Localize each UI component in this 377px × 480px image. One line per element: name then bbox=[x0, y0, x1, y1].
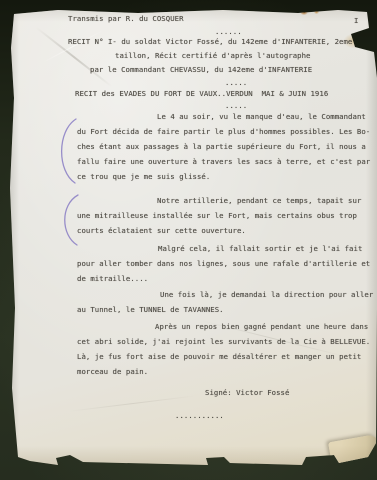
paragraph-line: morceau de pain. bbox=[77, 367, 148, 377]
paragraph-line: de mitraille.... bbox=[77, 274, 148, 284]
photo-background: I Transmis par R. du COSQUER ...... RECI… bbox=[0, 0, 377, 480]
paragraph-line: Là, je fus fort aise de pouvoir me désal… bbox=[77, 352, 361, 362]
paragraph-line: courts éclataient sur cette ouverture. bbox=[77, 226, 246, 236]
title-line-3: par le Commandant CHEVASSU, du 142eme d'… bbox=[90, 65, 312, 75]
separator-dots: ..... bbox=[225, 101, 247, 111]
margin-bracket-annotation-1 bbox=[62, 119, 76, 183]
paragraph-line: ce trou que je me suis glissé. bbox=[77, 172, 210, 182]
rust-stain bbox=[300, 9, 308, 15]
paragraph-line: Malgré cela, il fallait sortir et je l'a… bbox=[158, 244, 362, 254]
margin-bracket-annotation-2 bbox=[65, 195, 78, 245]
title-line-2: taillon, Récit certifié d'après l'autogr… bbox=[115, 51, 311, 61]
subject-line: RECIT des EVADES DU FORT DE VAUX..VERDUN… bbox=[75, 89, 328, 99]
transmitted-by-line: Transmis par R. du COSQUER bbox=[68, 14, 184, 24]
closing-dots: ........... bbox=[175, 411, 224, 421]
paragraph-line: fallu faire une ouverture à travers les … bbox=[77, 157, 370, 167]
paper-crease bbox=[36, 27, 113, 87]
separator-dots: ..... bbox=[225, 78, 247, 88]
paragraph-line: Le 4 au soir, vu le manque d'eau, le Com… bbox=[157, 112, 366, 122]
paragraph-line: une mitrailleuse installée sur le Fort, … bbox=[77, 211, 357, 221]
paragraph-line: Notre artillerie, pendant ce temps, tapa… bbox=[157, 196, 361, 206]
paragraph-line: du Fort décida de faire partir le plus d… bbox=[77, 127, 370, 137]
rust-stain bbox=[314, 10, 319, 14]
paragraph-line: au Tunnel, le TUNNEL de TAVANNES. bbox=[77, 305, 224, 315]
signature-line: Signé: Victor Fossé bbox=[205, 388, 289, 398]
paragraph-line: ches étant aux passages à la partie supé… bbox=[77, 142, 366, 152]
separator-dots: ...... bbox=[215, 27, 242, 37]
paragraph-line: pour aller tomber dans nos lignes, sous … bbox=[77, 259, 370, 269]
document-page: I Transmis par R. du COSQUER ...... RECI… bbox=[8, 8, 377, 469]
paper-crease bbox=[68, 395, 197, 412]
paragraph-line: cet abri solide, j'ai rejoint les surviv… bbox=[77, 337, 370, 347]
title-line-1: RECIT N° I- du soldat Victor Fossé, du 1… bbox=[68, 37, 366, 47]
paragraph-line: Une fois là, je demandai la direction po… bbox=[160, 290, 373, 300]
paragraph-line: Après un repos bien gagné pendant une he… bbox=[155, 322, 368, 332]
page-number: I bbox=[354, 16, 358, 26]
margin-annotations bbox=[8, 8, 377, 469]
corner-fold bbox=[328, 434, 377, 468]
